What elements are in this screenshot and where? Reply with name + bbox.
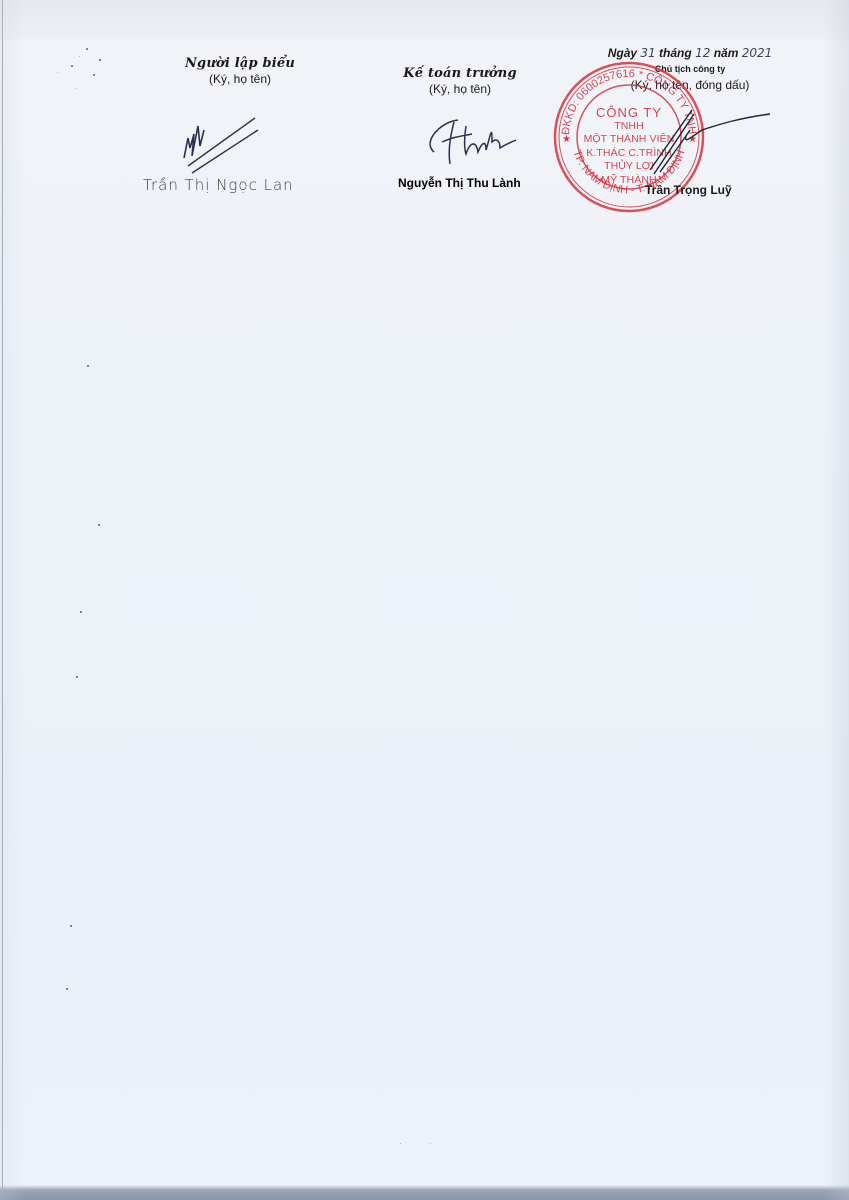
date-day-label: Ngày bbox=[608, 46, 637, 60]
preparer-name: Trần Thị Ngọc Lan bbox=[143, 176, 294, 194]
document-page: Người lập biểu (Ký, họ tên) Trần Thị Ngọ… bbox=[0, 0, 849, 1200]
scan-speck bbox=[71, 65, 73, 67]
preparer-instruction: (Ký, họ tên) bbox=[150, 72, 330, 86]
scan-speck bbox=[87, 365, 89, 367]
date-line: Ngày 31 tháng 12 năm 2021 bbox=[580, 46, 800, 60]
date-year-label: năm bbox=[714, 46, 739, 60]
preparer-role: Người lập biểu bbox=[150, 56, 330, 71]
scan-speck bbox=[80, 611, 82, 613]
signature-block-chief-accountant: Kế toán trưởng (Ký, họ tên) bbox=[380, 66, 540, 96]
chief-accountant-name: Nguyễn Thị Thu Lành bbox=[398, 176, 521, 190]
scan-speck bbox=[66, 988, 68, 990]
scan-speck bbox=[93, 74, 95, 76]
scan-speck bbox=[98, 524, 100, 526]
chairman-name: Trần Trọng Luỹ bbox=[645, 183, 732, 197]
scan-speck bbox=[75, 88, 76, 89]
scan-speck bbox=[70, 925, 72, 927]
signature-block-preparer: Người lập biểu (Ký, họ tên) bbox=[150, 56, 330, 86]
scan-speck bbox=[57, 72, 58, 73]
scan-speck bbox=[86, 48, 88, 50]
scan-speck bbox=[99, 59, 101, 61]
svg-text:★: ★ bbox=[562, 134, 571, 145]
chief-accountant-role: Kế toán trưởng bbox=[380, 66, 540, 81]
date-year-value: 2021 bbox=[742, 46, 773, 60]
date-month-value: 12 bbox=[695, 46, 710, 60]
scan-speck bbox=[76, 676, 78, 678]
date-day-value: 31 bbox=[640, 46, 655, 60]
date-month-label: tháng bbox=[659, 46, 692, 60]
chief-accountant-instruction: (Ký, họ tên) bbox=[380, 82, 540, 96]
chief-accountant-signature bbox=[420, 112, 530, 172]
preparer-signature bbox=[170, 108, 270, 178]
page-edge bbox=[2, 0, 3, 1190]
scan-speck bbox=[79, 56, 80, 57]
chairman-signature bbox=[630, 100, 780, 190]
scan-speck bbox=[400, 1143, 401, 1144]
scan-speck bbox=[430, 1143, 431, 1144]
